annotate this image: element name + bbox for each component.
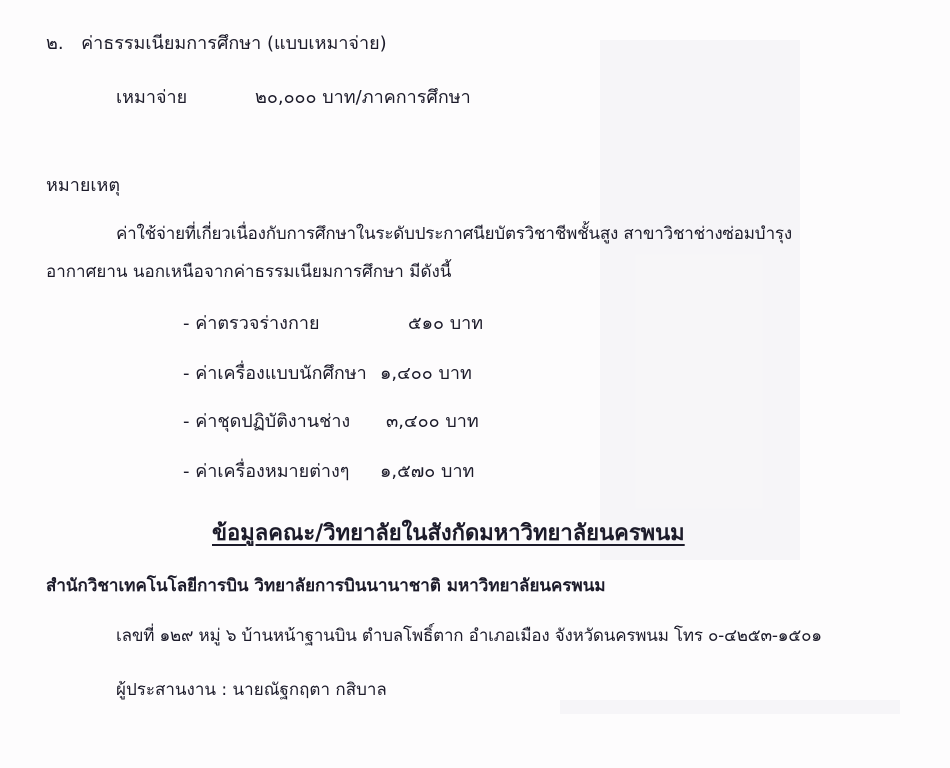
fee-item: - ค่าเครื่องหมายต่างๆ [183,460,349,484]
fee-amount: ๓,๔๐๐ บาท [386,410,479,434]
scan-bleed-through [600,40,800,560]
fee-amount: ๑,๕๗๐ บาท [380,460,474,484]
lump-sum-row: เหมาจ่าย [116,86,187,110]
faculty-info-heading: ข้อมูลคณะ/วิทยาลัยในสังกัดมหาวิทยาลัยนคร… [212,522,685,546]
section-number: ๒. [46,33,64,54]
notes-paragraph-line-1: ค่าใช้จ่ายที่เกี่ยวเนื่องกับการศึกษาในระ… [116,222,792,246]
lump-sum-amount: ๒๐,๐๐๐ บาท/ภาคการศึกษา [255,86,471,110]
fee-label: - ค่าชุดปฏิบัติงานช่าง [183,410,350,434]
notes-heading: หมายเหตุ [46,174,120,198]
lump-sum-label: เหมาจ่าย [116,87,187,108]
notes-paragraph-line-2: อากาศยาน นอกเหนือจากค่าธรรมเนียมการศึกษา… [46,260,451,284]
fee-label: - ค่าตรวจร่างกาย [183,312,320,336]
institution-name: สำนักวิชาเทคโนโลยีการบิน วิทยาลัยการบินน… [46,574,606,598]
fee-item: - ค่าเครื่องแบบนักศึกษา [183,362,367,386]
fee-amount: ๑,๔๐๐ บาท [380,362,472,386]
fee-item: - ค่าตรวจร่างกาย [183,312,320,336]
section-2-title: ๒. ค่าธรรมเนียมการศึกษา (แบบเหมาจ่าย) [46,32,387,56]
fee-label: - ค่าเครื่องแบบนักศึกษา [183,362,367,386]
fee-item: - ค่าชุดปฏิบัติงานช่าง [183,410,350,434]
fee-amount: ๕๑๐ บาท [408,312,483,336]
coordinator: ผู้ประสานงาน : นายณัฐกฤตา กสิบาล [116,678,387,702]
fee-label: - ค่าเครื่องหมายต่างๆ [183,460,349,484]
scan-bleed-through [560,700,900,714]
address: เลขที่ ๑๒๙ หมู่ ๖ บ้านหน้าฐานบิน ตำบลโพธ… [116,624,822,648]
section-title: ค่าธรรมเนียมการศึกษา (แบบเหมาจ่าย) [81,33,387,54]
